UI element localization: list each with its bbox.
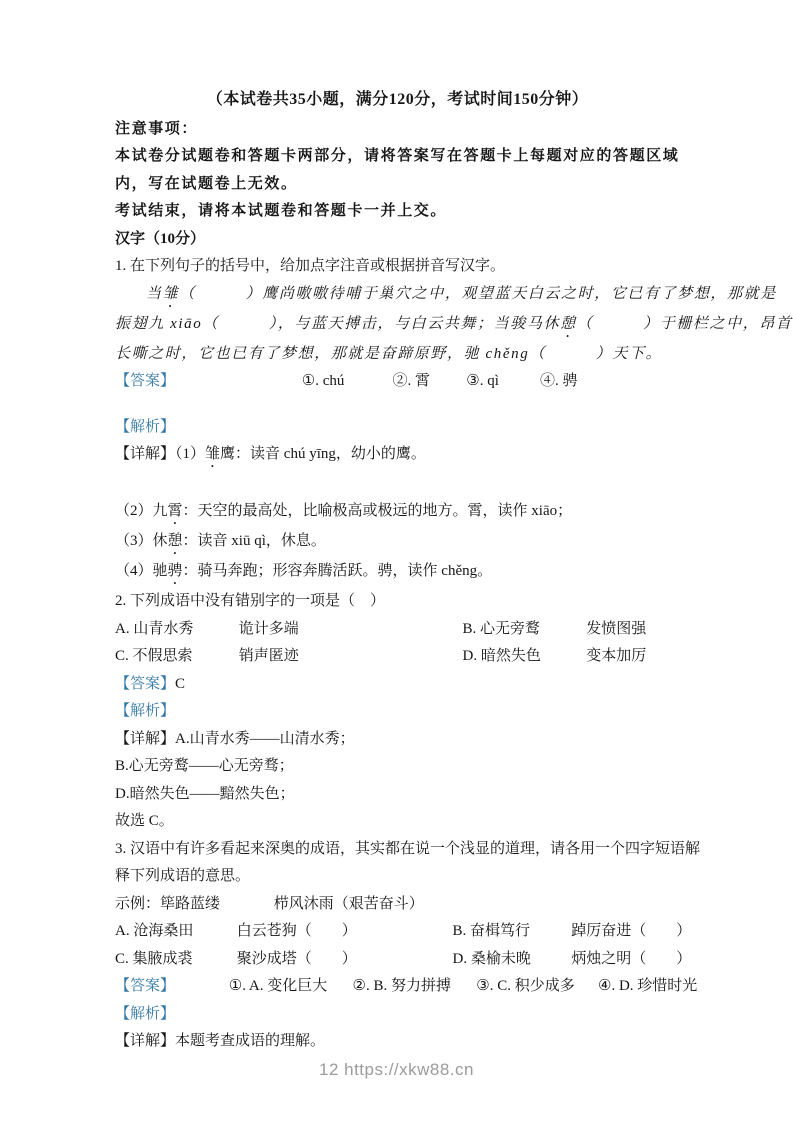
notice-line-1: 本试卷分试题卷和答题卡两部分，请将答案写在答题卡上每题对应的答题区域	[115, 143, 680, 171]
q2-detail-line-4: 故选 C。	[115, 808, 680, 836]
q1-detail-text: （1）	[175, 446, 205, 462]
q1-paragraph-line-3: 长嘶之时，它也已有了梦想，那就是奋蹄原野，驰 chěng（ ）天下。	[115, 341, 680, 369]
q2-option-c2: 销声匿迹	[239, 643, 459, 671]
q3-option-c: C. 集腋成裘	[115, 946, 233, 974]
page-footer-watermark: 12 https://xkw88.cn	[0, 1060, 793, 1080]
exam-document-page: （本试卷共35小题，满分120分，考试时间150分钟） 注意事项： 本试卷分试题…	[0, 0, 793, 1122]
q1-detail-emphasized-char: 憩	[168, 533, 183, 549]
q1-answer-item-4: ④. 骋	[540, 368, 578, 396]
q3-example-left: 示例：筚路蓝缕	[115, 891, 270, 919]
q1-emphasized-char: 憩	[560, 316, 577, 332]
q2-detail-text: A.山青水秀——山清水秀；	[175, 731, 355, 747]
q3-option-c2: 聚沙成塔（ ）	[237, 946, 449, 974]
q1-paragraph-text: 当	[146, 286, 163, 302]
q1-paragraph-line-1: 当雏（ ）鹰尚嗷嗷待哺于巢穴之中，观望蓝天白云之时，它已有了梦想，那就是	[115, 281, 680, 311]
q1-answer-row: 【答案】 ①. chú ②. 霄 ③. qì ④. 骋	[115, 368, 680, 396]
answer-label: 【答案】	[115, 368, 205, 396]
q1-answer-item-1: ①. chú	[302, 368, 389, 396]
q2-option-d2: 变本加厉	[586, 643, 646, 671]
q3-example-right: 栉风沐雨（艰苦奋斗）	[274, 891, 424, 919]
q2-answer-row: 【答案】C	[115, 671, 680, 699]
paper-info-title: （本试卷共35小题，满分120分，考试时间150分钟）	[115, 88, 680, 116]
q1-paragraph-text: 振翅九 xiāo（ ），与蓝天搏击，与白云共舞；当骏马休	[115, 316, 560, 332]
q2-option-c: C. 不假思索	[115, 643, 235, 671]
q1-analysis-label: 【解析】	[115, 414, 680, 442]
q2-answer-value: C	[175, 676, 185, 692]
q3-stem-line-2: 释下列成语的意思。	[115, 863, 680, 891]
q1-detail-text: 鹰：读音 chú yīng，幼小的鹰。	[220, 446, 426, 462]
detail-label: 【详解】	[115, 1033, 175, 1049]
q2-detail-line-2: B.心无旁鹜——心无旁骛；	[115, 753, 680, 781]
q1-detail-line-1: 【详解】（1）雏鹰：读音 chú yīng，幼小的鹰。	[115, 441, 680, 471]
q3-option-d: D. 桑榆未晚	[453, 946, 568, 974]
q3-example-row: 示例：筚路蓝缕 栉风沐雨（艰苦奋斗）	[115, 891, 680, 919]
q1-emphasized-char: 雏	[163, 286, 180, 302]
q3-option-d2: 炳烛之明（ ）	[571, 946, 691, 974]
notice-line-2: 内，写在试题卷上无效。	[115, 171, 680, 199]
q3-option-a: A. 沧海桑田	[115, 918, 233, 946]
section-heading: 汉字（10分）	[115, 226, 680, 254]
q1-stem: 1. 在下列句子的括号中，给加点字注音或根据拼音写汉字。	[115, 253, 680, 281]
q3-option-b: B. 奋楫笃行	[453, 918, 568, 946]
q3-answer-row: 【答案】 ①. A. 变化巨大 ②. B. 努力拼搏 ③. C. 积少成多 ④.…	[115, 973, 680, 1001]
q3-answer-item-3: ③. C. 积少成多	[476, 973, 594, 1001]
q3-detail-text: 本题考查成语的理解。	[175, 1033, 325, 1049]
detail-label: 【详解】	[115, 446, 175, 462]
q1-detail-text: （3）休	[115, 533, 168, 549]
q2-analysis-label: 【解析】	[115, 698, 680, 726]
q1-detail-emphasized-char: 雏	[205, 446, 220, 462]
q3-analysis-label: 【解析】	[115, 1001, 680, 1029]
q1-paragraph-line-2: 振翅九 xiāo（ ），与蓝天搏击，与白云共舞；当骏马休憩（ ）于栅栏之中，昂首	[115, 311, 680, 341]
notice-line-3: 考试结束，请将本试题卷和答题卡一并上交。	[115, 198, 680, 226]
q1-detail-text: （2）九	[115, 503, 168, 519]
q1-detail-text: ：天空的最高处，比喻极高或极远的地方。霄，读作 xiāo；	[183, 503, 573, 519]
q3-option-b2: 踔厉奋进（ ）	[571, 918, 691, 946]
q3-answer-item-4: ④. D. 珍惜时光	[598, 973, 697, 1001]
q2-option-b2: 发愤图强	[586, 616, 646, 644]
q1-detail-line-4: （4）驰骋：骑马奔跑；形容奔腾活跃。骋，读作 chěng。	[115, 558, 680, 588]
q1-answer-item-2: ②. 霄	[393, 368, 463, 396]
q2-option-b: B. 心无旁鹜	[463, 616, 583, 644]
q1-detail-emphasized-char: 霄	[168, 503, 183, 519]
q1-detail-text: ：读音 xiū qì，休息。	[183, 533, 326, 549]
q2-option-d: D. 暗然失色	[463, 643, 583, 671]
answer-label: 【答案】	[115, 973, 205, 1001]
q3-option-a2: 白云苍狗（ ）	[237, 918, 449, 946]
q2-detail-line-3: D.暗然失色——黯然失色；	[115, 781, 680, 809]
q1-detail-text: ：骑马奔跑；形容奔腾活跃。骋，读作 chěng。	[183, 563, 493, 579]
detail-label: 【详解】	[115, 731, 175, 747]
q2-stem: 2. 下列成语中没有错别字的一项是（ ）	[115, 588, 680, 616]
notice-title: 注意事项：	[115, 116, 680, 144]
q2-detail-line-1: 【详解】A.山青水秀——山清水秀；	[115, 726, 680, 754]
q3-stem-line-1: 3. 汉语中有许多看起来深奥的成语，其实都在说一个浅显的道理，请各用一个四字短语…	[115, 836, 680, 864]
q3-detail-line: 【详解】本题考查成语的理解。	[115, 1028, 680, 1056]
q2-option-a2: 诡计多端	[239, 616, 459, 644]
q3-options-row-1: A. 沧海桑田 白云苍狗（ ） B. 奋楫笃行 踔厉奋进（ ）	[115, 918, 680, 946]
q1-paragraph-text: （ ）于栅栏之中，昂首	[577, 316, 793, 332]
q1-detail-line-2: （2）九霄：天空的最高处，比喻极高或极远的地方。霄，读作 xiāo；	[115, 498, 680, 528]
q1-detail-text: （4）驰	[115, 563, 168, 579]
q1-detail-emphasized-char: 骋	[168, 563, 183, 579]
q2-option-a: A. 山青水秀	[115, 616, 235, 644]
q2-options-row-1: A. 山青水秀 诡计多端 B. 心无旁鹜 发愤图强	[115, 616, 680, 644]
q1-paragraph-text: （ ）鹰尚嗷嗷待哺于巢穴之中，观望蓝天白云之时，它已有了梦想，那就是	[179, 286, 777, 302]
q1-detail-line-3: （3）休憩：读音 xiū qì，休息。	[115, 528, 680, 558]
document-content: （本试卷共35小题，满分120分，考试时间150分钟） 注意事项： 本试卷分试题…	[115, 88, 680, 1056]
q3-answer-item-2: ②. B. 努力拼搏	[353, 973, 473, 1001]
answer-label: 【答案】	[115, 676, 175, 692]
q1-answer-item-3: ③. qì	[466, 368, 536, 396]
q3-answer-item-1: ①. A. 变化巨大	[229, 973, 349, 1001]
q2-options-row-2: C. 不假思索 销声匿迹 D. 暗然失色 变本加厉	[115, 643, 680, 671]
q3-options-row-2: C. 集腋成裘 聚沙成塔（ ） D. 桑榆未晚 炳烛之明（ ）	[115, 946, 680, 974]
